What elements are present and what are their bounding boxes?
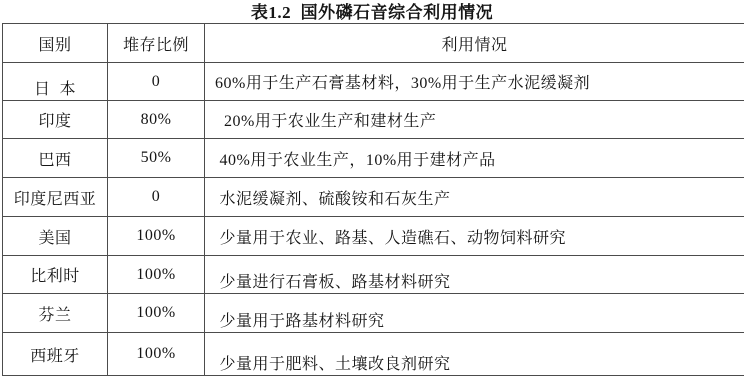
document-page: 表1.2 国外磷石音综合利用情况 国别 堆存比例 利用情况 日 本060%用于生… bbox=[0, 0, 744, 376]
cell-stockpile-ratio: 0 bbox=[108, 178, 205, 217]
cell-utilization: 60%用于生产石膏基材料，30%用于生产水泥缓凝剂 bbox=[205, 63, 744, 101]
cell-country: 日 本 bbox=[3, 63, 108, 101]
cell-utilization: 20%用于农业生产和建材生产 bbox=[205, 101, 744, 139]
table-row: 印度80% 20%用于农业生产和建材生产 bbox=[3, 101, 744, 139]
table-row: 印度尼西亚0 水泥缓凝剂、硫酸铵和石灰生产 bbox=[3, 178, 744, 217]
utilization-table: 国别 堆存比例 利用情况 日 本060%用于生产石膏基材料，30%用于生产水泥缓… bbox=[2, 23, 744, 376]
cell-country: 芬兰 bbox=[3, 294, 108, 333]
cell-country: 印度 bbox=[3, 101, 108, 139]
cell-utilization: 少量进行石膏板、路基材料研究 bbox=[205, 256, 744, 294]
table-caption: 表1.2 国外磷石音综合利用情况 bbox=[0, 0, 744, 23]
cell-stockpile-ratio: 50% bbox=[108, 139, 205, 178]
cell-utilization: 少量用于肥料、土壤改良剂研究 bbox=[205, 333, 744, 376]
table-row: 美国100% 少量用于农业、路基、人造礁石、动物饲料研究 bbox=[3, 217, 744, 256]
cell-utilization: 40%用于农业生产，10%用于建材产品 bbox=[205, 139, 744, 178]
cell-stockpile-ratio: 100% bbox=[108, 333, 205, 376]
cell-utilization: 水泥缓凝剂、硫酸铵和石灰生产 bbox=[205, 178, 744, 217]
col-header-country: 国别 bbox=[3, 24, 108, 63]
cell-country: 印度尼西亚 bbox=[3, 178, 108, 217]
cell-stockpile-ratio: 100% bbox=[108, 294, 205, 333]
table-row: 巴西50% 40%用于农业生产，10%用于建材产品 bbox=[3, 139, 744, 178]
cell-utilization: 少量用于农业、路基、人造礁石、动物饲料研究 bbox=[205, 217, 744, 256]
cell-stockpile-ratio: 0 bbox=[108, 63, 205, 101]
cell-utilization: 少量用于路基材料研究 bbox=[205, 294, 744, 333]
cell-country: 巴西 bbox=[3, 139, 108, 178]
cell-stockpile-ratio: 80% bbox=[108, 101, 205, 139]
header-row: 国别 堆存比例 利用情况 bbox=[3, 24, 744, 63]
cell-country: 比利时 bbox=[3, 256, 108, 294]
cell-stockpile-ratio: 100% bbox=[108, 256, 205, 294]
cell-country: 西班牙 bbox=[3, 333, 108, 376]
table-row: 日 本060%用于生产石膏基材料，30%用于生产水泥缓凝剂 bbox=[3, 63, 744, 101]
table-row: 芬兰100% 少量用于路基材料研究 bbox=[3, 294, 744, 333]
col-header-utilization: 利用情况 bbox=[205, 24, 744, 63]
cell-country: 美国 bbox=[3, 217, 108, 256]
table-row: 西班牙100% 少量用于肥料、土壤改良剂研究 bbox=[3, 333, 744, 376]
col-header-stockpile-ratio: 堆存比例 bbox=[108, 24, 205, 63]
table-body: 日 本060%用于生产石膏基材料，30%用于生产水泥缓凝剂印度80% 20%用于… bbox=[3, 63, 744, 376]
cell-stockpile-ratio: 100% bbox=[108, 217, 205, 256]
table-row: 比利时100% 少量进行石膏板、路基材料研究 bbox=[3, 256, 744, 294]
